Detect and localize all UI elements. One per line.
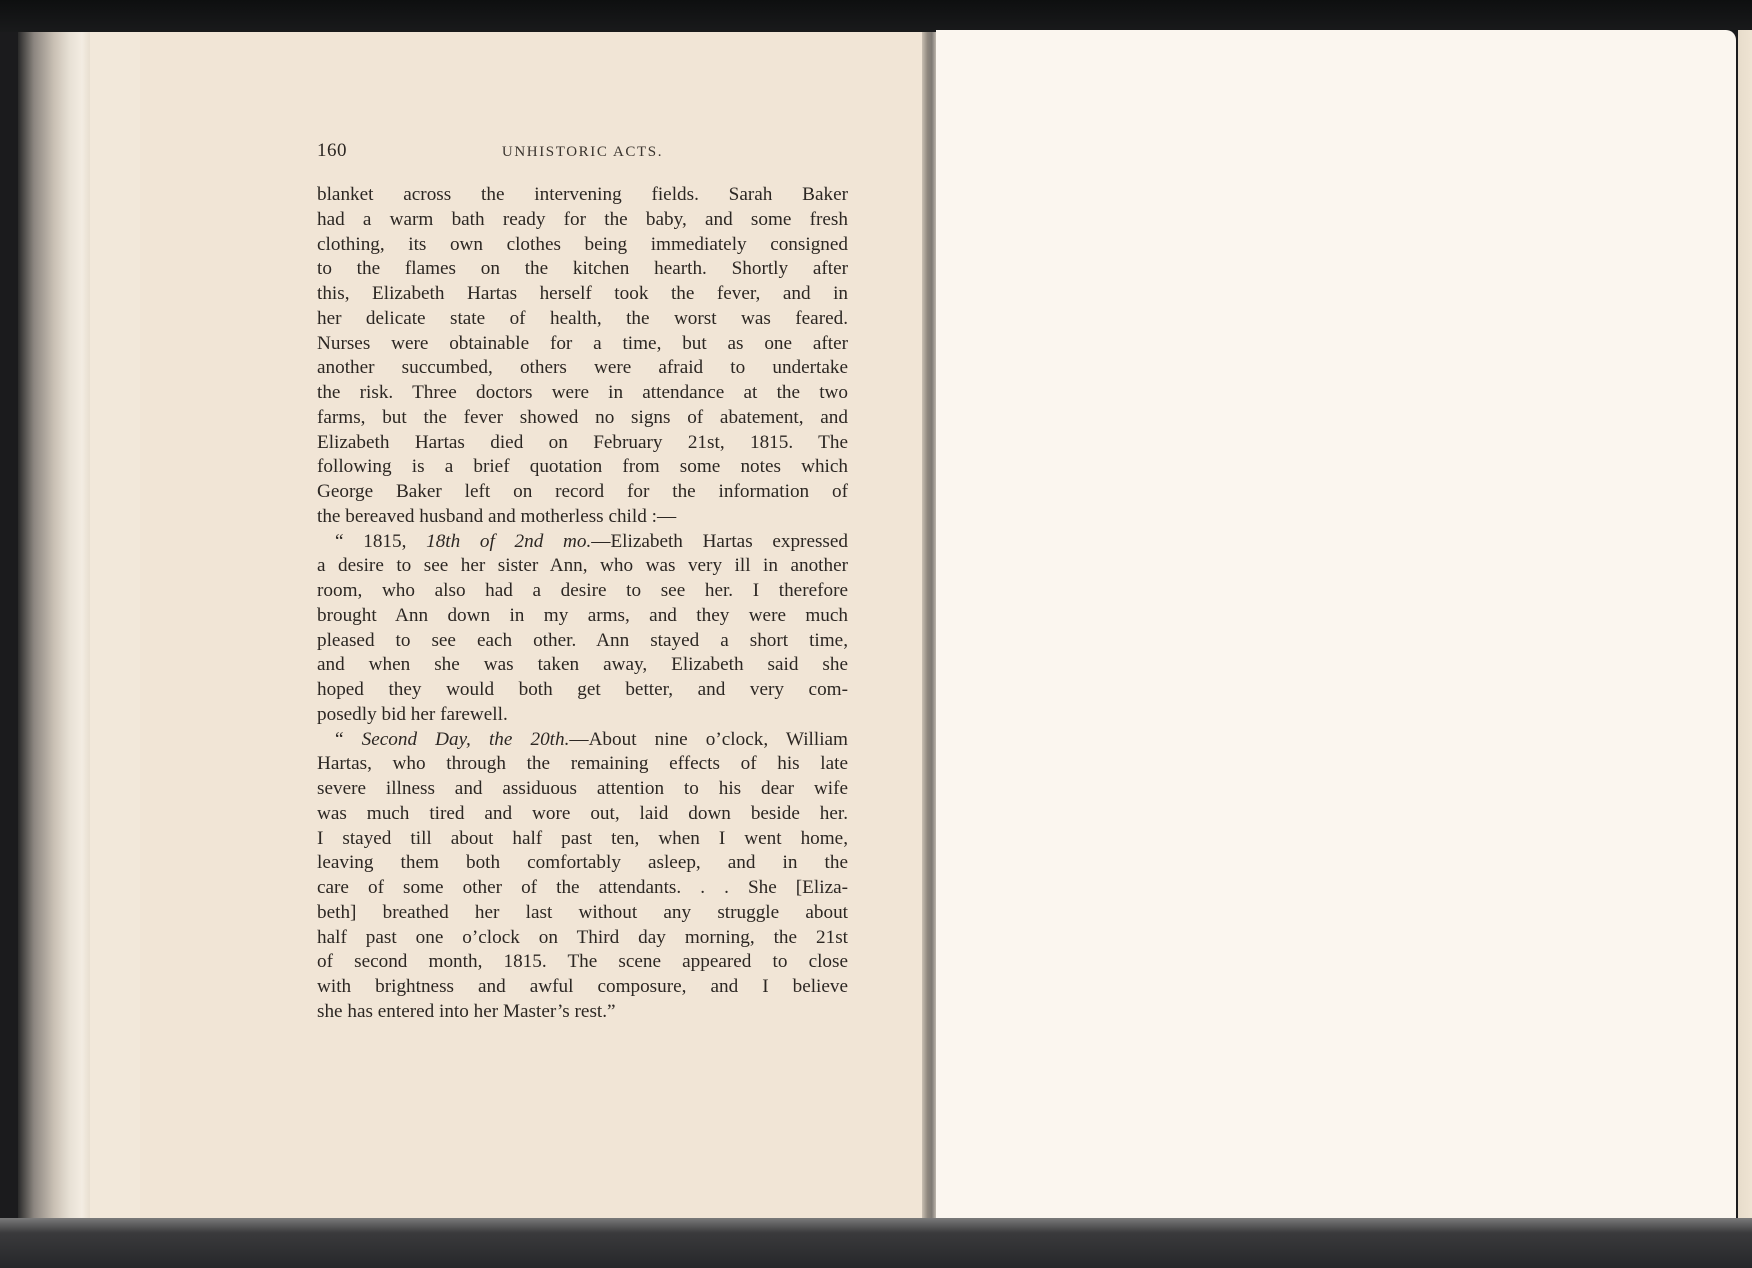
quote-paragraph-start: “ Second Day, the 20th.—About nine o’clo… bbox=[317, 728, 848, 753]
book-spine-gutter bbox=[922, 32, 936, 1220]
text-line: her delicate state of health, the worst … bbox=[317, 307, 848, 332]
text-line: George Baker left on record for the info… bbox=[317, 480, 848, 505]
text-line: was much tired and wore out, laid down b… bbox=[317, 802, 848, 827]
text-line: with brightness and awful composure, and… bbox=[317, 975, 848, 1000]
scanner-bottom-border bbox=[0, 1218, 1752, 1268]
text-line: the bereaved husband and motherless chil… bbox=[317, 505, 848, 530]
text-line: room, who also had a desire to see her. … bbox=[317, 579, 848, 604]
text-line: Elizabeth Hartas died on February 21st, … bbox=[317, 431, 848, 456]
text-line: Hartas, who through the remaining effect… bbox=[317, 752, 848, 777]
scanner-top-border bbox=[0, 0, 1752, 32]
text-line: blanket across the intervening fields. S… bbox=[317, 183, 848, 208]
left-flyleaf bbox=[90, 32, 141, 1220]
running-title: UNHISTORIC ACTS. bbox=[317, 144, 848, 161]
open-quote: “ bbox=[335, 531, 363, 552]
page-edges-right bbox=[1738, 30, 1752, 1220]
text-line: brought Ann down in my arms, and they we… bbox=[317, 604, 848, 629]
line-rest: —Elizabeth Hartas expressed bbox=[591, 531, 848, 552]
text-line: I stayed till about half past ten, when … bbox=[317, 827, 848, 852]
right-page-blank bbox=[936, 30, 1736, 1220]
date-lead: 1815, bbox=[363, 531, 426, 552]
text-line: a desire to see her sister Ann, who was … bbox=[317, 554, 848, 579]
line-rest: —About nine o’clock, William bbox=[569, 729, 848, 750]
text-line: severe illness and assiduous attention t… bbox=[317, 777, 848, 802]
page-edges-left bbox=[18, 32, 98, 1224]
text-line: farms, but the fever showed no signs of … bbox=[317, 406, 848, 431]
text-line: to the flames on the kitchen hearth. Sho… bbox=[317, 257, 848, 282]
text-line: she has entered into her Master’s rest.” bbox=[317, 1000, 848, 1025]
text-line: half past one o’clock on Third day morni… bbox=[317, 926, 848, 951]
text-line: hoped they would both get better, and ve… bbox=[317, 678, 848, 703]
text-line: and when she was taken away, Elizabeth s… bbox=[317, 653, 848, 678]
text-line: of second month, 1815. The scene appeare… bbox=[317, 950, 848, 975]
italic-date: 18th of 2nd mo. bbox=[426, 531, 591, 552]
text-line: clothing, its own clothes being immediat… bbox=[317, 233, 848, 258]
text-line: beth] breathed her last without any stru… bbox=[317, 901, 848, 926]
running-head: 160 UNHISTORIC ACTS. bbox=[317, 140, 848, 168]
text-line: care of some other of the attendants. . … bbox=[317, 876, 848, 901]
text-line: this, Elizabeth Hartas herself took the … bbox=[317, 282, 848, 307]
text-line: leaving them both comfortably asleep, an… bbox=[317, 851, 848, 876]
text-line: Nurses were obtainable for a time, but a… bbox=[317, 332, 848, 357]
text-line: had a warm bath ready for the baby, and … bbox=[317, 208, 848, 233]
text-line: posedly bid her farewell. bbox=[317, 703, 848, 728]
text-line: following is a brief quotation from some… bbox=[317, 455, 848, 480]
body-text: blanket across the intervening fields. S… bbox=[317, 183, 848, 1025]
open-quote: “ bbox=[335, 729, 362, 750]
text-line: another succumbed, others were afraid to… bbox=[317, 356, 848, 381]
quote-paragraph-start: “ 1815, 18th of 2nd mo.—Elizabeth Hartas… bbox=[317, 530, 848, 555]
text-line: the risk. Three doctors were in attendan… bbox=[317, 381, 848, 406]
italic-date: Second Day, the 20th. bbox=[362, 729, 570, 750]
text-line: pleased to see each other. Ann stayed a … bbox=[317, 629, 848, 654]
